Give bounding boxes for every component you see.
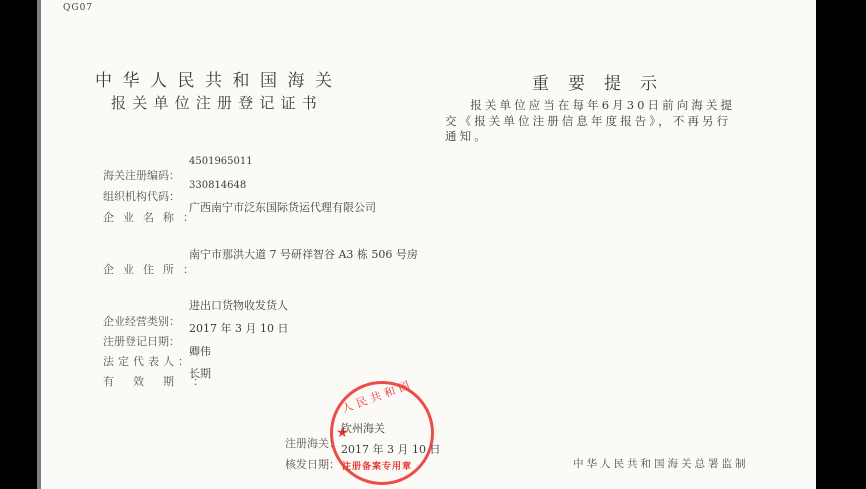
- company-address-value: 南宁市那洪大道 7 号研祥智谷 A3 栋 506 号房: [189, 246, 418, 262]
- notice-title: 重要提示: [532, 69, 676, 94]
- legal-rep-label: 法定代表人：: [103, 353, 193, 369]
- issue-date-label: 核发日期：: [285, 456, 340, 472]
- issue-date-value: 2017 年 3 月 10 日: [341, 441, 440, 457]
- customs-code-label: 海关注册编码：: [103, 167, 180, 183]
- seal-bottom-text: 注册备案专用章: [342, 459, 412, 472]
- business-type-label: 企业经营类别：: [103, 313, 180, 329]
- company-address-label: 企业住所：: [103, 261, 203, 277]
- registration-date-label: 注册登记日期：: [103, 333, 180, 349]
- company-name-value: 广西南宁市泛东国际货运代理有限公司: [189, 199, 376, 215]
- issuing-customs-value: 钦州海关: [341, 420, 385, 436]
- registration-date-value: 2017 年 3 月 10 日: [189, 320, 288, 336]
- validity-label: 有效期：: [103, 373, 223, 389]
- supervised-by-footer: 中华人民共和国海关总署监制: [573, 456, 749, 471]
- org-code-label: 组织机构代码：: [103, 188, 180, 204]
- customs-code-value: 4501965011: [189, 156, 253, 167]
- org-code-value: 330814648: [189, 180, 246, 191]
- issuing-customs-label: 注册海关：: [285, 435, 340, 451]
- business-type-value: 进出口货物收发货人: [189, 297, 288, 313]
- certificate-title-line2: 报关单位注册登记证书: [111, 92, 323, 113]
- company-name-label: 企业名称：: [103, 209, 203, 225]
- form-code: QG07: [63, 3, 93, 13]
- notice-body: 报关单位应当在每年6月30日前向海关提交《报关单位注册信息年度报告》，不再另行通…: [445, 98, 745, 145]
- certificate-title-line1: 中华人民共和国海关: [95, 66, 343, 91]
